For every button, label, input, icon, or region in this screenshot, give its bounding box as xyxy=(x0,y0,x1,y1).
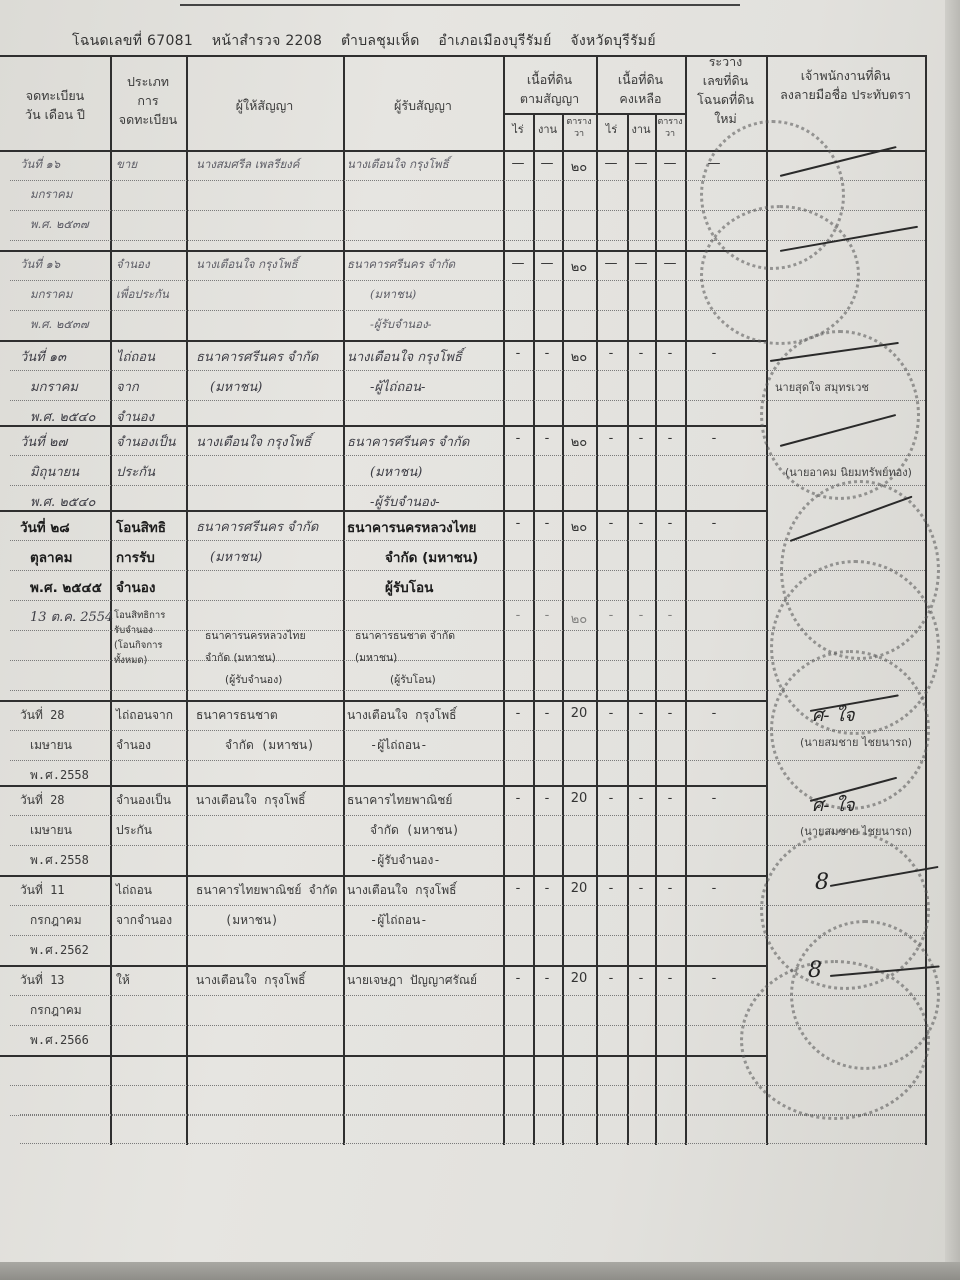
entry-date-line: วันที่ 28 xyxy=(20,791,65,810)
area-value: - xyxy=(627,346,655,361)
area-value: - xyxy=(627,516,655,531)
ruled-line xyxy=(10,815,925,816)
area-value: - xyxy=(597,791,625,806)
header-line: ลงลายมือชื่อ ประทับตรา xyxy=(766,85,925,104)
new-deed-value: - xyxy=(700,881,728,896)
entry-date-line: พ.ศ. ๒๕๔๐ xyxy=(30,406,95,427)
header-line: ตามสัญญา xyxy=(503,89,596,108)
entry-grantor-line: จำกัด (มหาชน) xyxy=(205,649,276,666)
table-top-border xyxy=(0,55,925,57)
paper-edge xyxy=(945,0,960,1280)
new-deed-value: - xyxy=(700,431,728,446)
entry-grantor-line: (มหาชน) xyxy=(210,546,262,567)
area-value: - xyxy=(627,971,655,986)
entry-grantor-line: นางเตือนใจ กรุงโพธิ์ xyxy=(196,791,305,810)
entry-grantee-line: -ผู้รับจำนอง- xyxy=(370,491,440,512)
entry-date-line: มกราคม xyxy=(30,186,72,204)
entry-type-line: ไถ่ถอน xyxy=(116,346,155,367)
area-value: - xyxy=(597,971,625,986)
area-value: 20 xyxy=(565,881,593,896)
entry-date-line: พ.ศ. ๒๕๔๕ xyxy=(30,576,102,598)
entry-type-line: จำนอง xyxy=(116,256,150,274)
header-unit: ไร่ xyxy=(596,124,627,136)
entry-grantee-line: (มหาชน) xyxy=(370,461,422,482)
ruled-line xyxy=(20,1114,925,1115)
header-unit: งาน xyxy=(533,124,562,136)
column-divider xyxy=(562,113,564,1145)
entry-grantor-line: ธนาคารศรีนคร จำกัด xyxy=(196,516,318,537)
area-value: - xyxy=(504,706,532,721)
area-value: 20 xyxy=(565,706,593,721)
entry-date-line: พ.ศ.2566 xyxy=(30,1031,89,1050)
entry-grantee-line: -ผู้ไถ่ถอน- xyxy=(370,736,427,755)
area-value: - xyxy=(533,346,561,361)
entry-type-line: จำนอง xyxy=(116,576,155,598)
entry-date-line: วันที่ ๑๓ xyxy=(20,346,66,367)
entry-grantor-line: (มหาชน) xyxy=(225,911,278,930)
top-rule xyxy=(180,4,740,6)
entry-date-line: พ.ศ. ๒๕๓๗ xyxy=(30,216,89,234)
district: อำเภอเมืองบุรีรัมย์ xyxy=(438,33,551,49)
header-grantee: ผู้รับสัญญา xyxy=(343,96,503,115)
header-line: ผู้ให้สัญญา xyxy=(186,96,343,115)
header-line: จดทะเบียน xyxy=(110,110,186,129)
area-value: - xyxy=(533,971,561,986)
area-value: - xyxy=(656,791,684,806)
area-value: — xyxy=(533,256,561,271)
area-value: ๒๐ xyxy=(565,156,593,177)
entry-grantee-line: นางเตือนใจ กรุงโพธิ์ xyxy=(347,881,456,900)
officer-name: (นายสมชาย ไชยนารถ) xyxy=(800,822,912,840)
entry-grantee-line: ธนาคารไทยพาณิชย์ xyxy=(347,791,452,810)
area-value: - xyxy=(597,516,625,531)
new-deed-value: - xyxy=(700,706,728,721)
entry-divider xyxy=(0,965,766,967)
entry-grantor-line: (มหาชน) xyxy=(210,376,262,397)
header-line: เนื้อที่ดิน xyxy=(503,70,596,89)
entry-type-line: เพื่อประกัน xyxy=(116,286,169,304)
entry-type-line: โอนสิทธิ xyxy=(116,516,166,538)
area-value: - xyxy=(627,881,655,896)
entry-grantee-line: ผู้รับโอน xyxy=(385,576,433,598)
entry-date-line: พ.ศ. ๒๕๔๐ xyxy=(30,491,95,512)
entry-date-line: วันที่ 28 xyxy=(20,706,65,725)
header-line: เจ้าพนักงานที่ดิน xyxy=(766,66,925,85)
entry-grantor-line: ธนาคารนครหลวงไทย xyxy=(205,627,306,644)
area-value: - xyxy=(656,881,684,896)
land-office-seal xyxy=(770,650,930,810)
entry-grantee-line: นางเตือนใจ กรุงโพธิ์ xyxy=(347,346,462,367)
area-value: - xyxy=(533,791,561,806)
area-value: - xyxy=(533,608,561,623)
area-value: - xyxy=(627,608,655,623)
area-value: 20 xyxy=(565,971,593,986)
signature-mark: 8 xyxy=(808,958,822,983)
entry-divider xyxy=(0,1055,766,1057)
area-value: — xyxy=(504,156,532,171)
new-deed-value: - xyxy=(700,346,728,361)
entry-date-line: กรกฎาคม xyxy=(30,911,82,930)
area-value: ๒๐ xyxy=(565,256,593,277)
header-line: จดทะเบียน xyxy=(0,86,110,105)
area-value: - xyxy=(504,516,532,531)
area-value: - xyxy=(597,706,625,721)
deed-number: โฉนดเลขที่ 67081 xyxy=(72,33,193,49)
area-value: - xyxy=(504,881,532,896)
entry-date-line: 13 ต.ค. 2554 xyxy=(30,606,113,627)
entry-type-note: รับจำนอง xyxy=(114,623,153,638)
entry-type-line: จากจำนอง xyxy=(116,911,172,930)
area-value: 20 xyxy=(565,791,593,806)
entry-divider xyxy=(0,250,766,252)
survey-page: หน้าสำรวจ 2208 xyxy=(212,33,322,49)
area-value: - xyxy=(504,608,532,623)
area-value: — xyxy=(597,256,625,271)
entry-date-line: พ.ศ.2558 xyxy=(30,766,89,785)
entry-grantee-line: ธนาคารธนชาต จำกัด xyxy=(355,627,455,644)
entry-grantor-line: นางสมศรีล เพลรียงค์ xyxy=(196,156,300,174)
area-value: - xyxy=(656,608,684,623)
officer-name: (นายสมชาย ไชยนารถ) xyxy=(800,733,912,751)
area-value: - xyxy=(533,516,561,531)
area-value: - xyxy=(627,706,655,721)
header-line: ผู้รับสัญญา xyxy=(343,96,503,115)
new-deed-value: - xyxy=(700,516,728,531)
entry-type-line: ให้ xyxy=(116,971,130,990)
area-value: - xyxy=(504,971,532,986)
header-unit: ตาราง วา xyxy=(562,116,596,140)
entry-grantor-line: ธนาคารไทยพาณิชย์ จำกัด xyxy=(196,881,337,900)
entry-grantee-line: (ผู้รับโอน) xyxy=(390,671,436,688)
signature-mark: ศ- ใจ xyxy=(812,790,855,819)
entry-date-line: วันที่ ๒๘ xyxy=(20,516,70,538)
entry-type-line: ไถ่ถอนจาก xyxy=(116,706,173,725)
entry-grantee-line: -ผู้รับจำนอง- xyxy=(370,316,432,334)
header-new-deed: ระวางเลขที่ดินโฉนดที่ดินใหม่ xyxy=(685,52,766,128)
entry-type-note: โอนสิทธิการ xyxy=(114,608,165,623)
signature-mark: 8 xyxy=(815,870,829,895)
area-value: — xyxy=(504,256,532,271)
entry-grantee-line: -ผู้รับจำนอง- xyxy=(370,851,441,870)
header-area-remaining: เนื้อที่ดินคงเหลือ xyxy=(596,70,685,108)
area-value: - xyxy=(504,791,532,806)
entry-grantor-line: นางเตือนใจ กรุงโพธิ์ xyxy=(196,256,298,274)
area-subheader-border xyxy=(503,113,685,115)
signature-mark: ศ- ใจ xyxy=(812,700,855,729)
entry-divider xyxy=(0,425,766,427)
entry-date-line: พ.ศ. ๒๕๓๗ xyxy=(30,316,89,334)
entry-grantee-line: -ผู้ไถ่ถอน- xyxy=(370,911,427,930)
area-value: - xyxy=(656,971,684,986)
area-value: - xyxy=(504,431,532,446)
entry-type-note: (โอนกิจการ xyxy=(114,638,163,653)
entry-grantee-line: นางเตือนใจ กรุงโพธิ์ xyxy=(347,706,456,725)
entry-date-line: มิถุนายน xyxy=(30,461,79,482)
entry-type-line: ประกัน xyxy=(116,461,155,482)
entry-date-line: กรกฎาคม xyxy=(30,1001,82,1020)
entry-date-line: วันที่ ๑๖ xyxy=(20,156,60,174)
header-officer: เจ้าพนักงานที่ดินลงลายมือชื่อ ประทับตรา xyxy=(766,66,925,104)
ruled-line xyxy=(10,485,925,486)
header-type: ประเภทการจดทะเบียน xyxy=(110,72,186,129)
entry-type-line: ขาย xyxy=(116,156,137,174)
ruled-line xyxy=(20,1143,925,1144)
area-value: - xyxy=(656,516,684,531)
entry-date-line: เมษายน xyxy=(30,821,72,840)
entry-divider xyxy=(0,785,766,787)
entry-type-line: จำนองเป็น xyxy=(116,791,171,810)
entry-grantee-line: -ผู้ไถ่ถอน- xyxy=(370,376,425,397)
entry-grantee-line: นายเจษฎา ปัญญาศรัณย์ xyxy=(347,971,477,990)
entry-grantee-line: จำกัด (มหาชน) xyxy=(385,546,478,568)
header-line: คงเหลือ xyxy=(596,89,685,108)
header-line: ประเภท xyxy=(110,72,186,91)
area-value: - xyxy=(597,431,625,446)
header-line: โฉนดที่ดิน xyxy=(685,90,766,109)
entry-date-line: เมษายน xyxy=(30,736,72,755)
header-date: จดทะเบียนวัน เดือน ปี xyxy=(0,86,110,124)
ruled-line xyxy=(10,1115,925,1116)
area-value: - xyxy=(533,431,561,446)
area-value: — xyxy=(533,156,561,171)
header-unit: ไร่ xyxy=(503,124,533,136)
province: จังหวัดบุรีรัมย์ xyxy=(570,33,656,49)
header-line: วัน เดือน ปี xyxy=(0,105,110,124)
area-value: - xyxy=(504,346,532,361)
area-value: - xyxy=(597,608,625,623)
entry-type-line: ประกัน xyxy=(116,821,152,840)
deed-title: โฉนดเลขที่ 67081 หน้าสำรวจ 2208 ตำบลชุมเ… xyxy=(72,30,670,52)
entry-type-note: ทั้งหมด) xyxy=(114,653,147,668)
area-value: - xyxy=(656,431,684,446)
officer-name: นายสุดใจ สมุทรเวช xyxy=(775,378,869,396)
entry-type-line: จำนอง xyxy=(116,736,151,755)
entry-grantor-line: จำกัด (มหาชน) xyxy=(225,736,314,755)
entry-grantor-line: ธนาคารธนชาต xyxy=(196,706,278,725)
entry-divider xyxy=(0,700,766,702)
area-value: — xyxy=(627,156,655,171)
entry-date-line: มกราคม xyxy=(30,286,72,304)
area-value: — xyxy=(656,156,684,171)
land-office-seal xyxy=(740,960,930,1120)
entry-date-line: วันที่ 13 xyxy=(20,971,65,990)
area-value: - xyxy=(533,881,561,896)
entry-grantee-line: ธนาคารศรีนคร จำกัด xyxy=(347,256,455,274)
entry-divider xyxy=(0,340,766,342)
entry-divider xyxy=(0,875,766,877)
entry-date-line: วันที่ 11 xyxy=(20,881,65,900)
entry-grantee-line: (มหาชน) xyxy=(370,286,416,304)
entry-date-line: วันที่ ๑๖ xyxy=(20,256,60,274)
table-surface xyxy=(0,1262,960,1280)
entry-grantee-line: (มหาชน) xyxy=(355,649,397,666)
entry-date-line: พ.ศ.2558 xyxy=(30,851,89,870)
area-value: ๒๐ xyxy=(565,346,593,367)
header-unit: งาน xyxy=(627,124,655,136)
entry-grantor-line: ธนาคารศรีนคร จำกัด xyxy=(196,346,318,367)
header-area-contract: เนื้อที่ดินตามสัญญา xyxy=(503,70,596,108)
header-unit: ตาราง วา xyxy=(655,116,685,140)
officer-name: (นายอาคม นิยมทรัพย์ทอง) xyxy=(785,463,912,481)
entry-grantor-line: (ผู้รับจำนอง) xyxy=(225,671,282,688)
area-value: - xyxy=(533,706,561,721)
entry-grantee-line: ธนาคารนครหลวงไทย xyxy=(347,516,476,538)
entry-grantee-line: นางเตือนใจ กรุงโพธิ์ xyxy=(347,156,449,174)
area-value: ๒๐ xyxy=(565,608,593,629)
entry-type-line: ไถ่ถอน xyxy=(116,881,152,900)
entry-date-line: พ.ศ.2562 xyxy=(30,941,89,960)
header-line: เนื้อที่ดิน xyxy=(596,70,685,89)
entry-type-line: จาก xyxy=(116,376,139,397)
entry-type-line: จำนอง xyxy=(116,406,154,427)
area-value: - xyxy=(597,881,625,896)
entry-type-line: จำนองเป็น xyxy=(116,431,176,452)
ruled-line xyxy=(10,845,925,846)
header-grantor: ผู้ให้สัญญา xyxy=(186,96,343,115)
area-value: - xyxy=(597,346,625,361)
header-line: ระวาง xyxy=(685,52,766,71)
area-value: - xyxy=(627,791,655,806)
header-line: เลขที่ดิน xyxy=(685,71,766,90)
new-deed-value: - xyxy=(700,971,728,986)
entry-grantee-line: จำกัด (มหาชน) xyxy=(370,821,459,840)
area-value: - xyxy=(656,706,684,721)
entry-type-line: การรับ xyxy=(116,546,155,568)
entry-date-line: วันที่ ๒๗ xyxy=(20,431,67,452)
entry-date-line: ตุลาคม xyxy=(30,546,73,568)
area-value: — xyxy=(656,256,684,271)
header-line: การ xyxy=(110,91,186,110)
area-value: ๒๐ xyxy=(565,431,593,452)
area-value: - xyxy=(656,346,684,361)
new-deed-value: - xyxy=(700,791,728,806)
area-value: - xyxy=(627,431,655,446)
subdistrict: ตำบลชุมเห็ด xyxy=(341,33,420,49)
entry-grantee-line: ธนาคารศรีนคร จำกัด xyxy=(347,431,469,452)
area-value: — xyxy=(627,256,655,271)
area-value: — xyxy=(597,156,625,171)
entry-grantor-line: นางเตือนใจ กรุงโพธิ์ xyxy=(196,971,305,990)
entry-date-line: มกราคม xyxy=(30,376,78,397)
area-value: ๒๐ xyxy=(565,516,593,537)
land-office-seal xyxy=(700,205,860,345)
entry-grantor-line: นางเตือนใจ กรุงโพธิ์ xyxy=(196,431,311,452)
